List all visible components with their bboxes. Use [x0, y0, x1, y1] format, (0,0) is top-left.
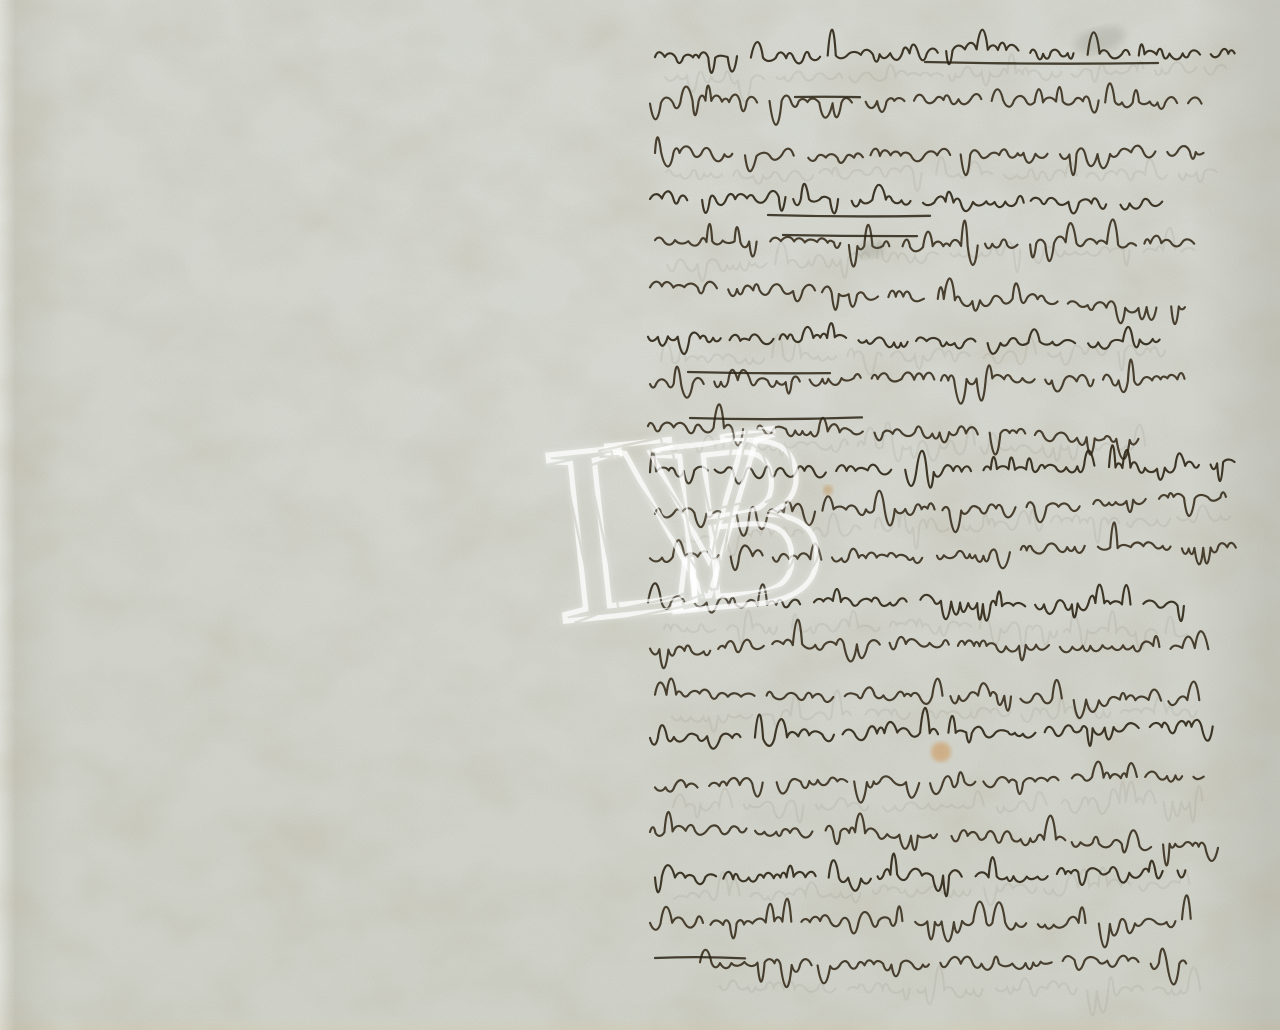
scan-background: LVBLVBLVB: [0, 0, 1280, 1030]
photo-vignette: [0, 0, 1280, 1030]
